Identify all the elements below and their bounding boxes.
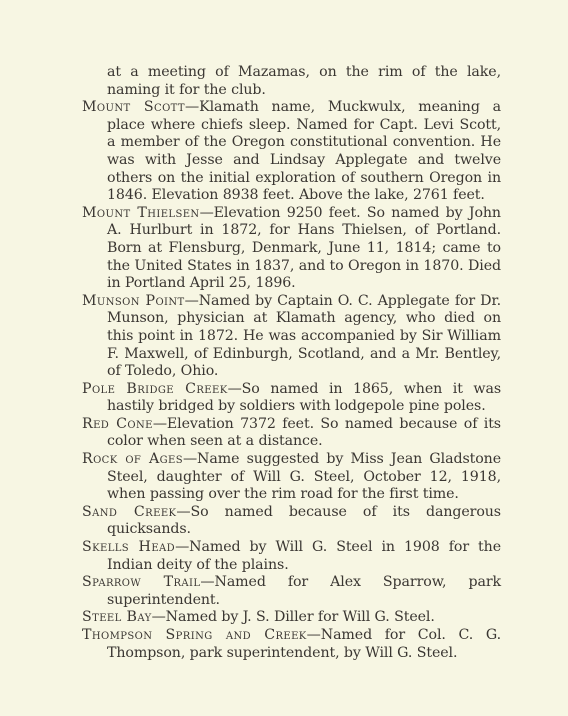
entry-term: Red Cone (82, 416, 153, 432)
entry-text: —Elevation 7372 feet. So named because o… (107, 416, 501, 450)
entry-term: Thompson Spring and Creek (82, 627, 307, 643)
entry-rock-of-ages: Rock of Ages—Name suggested by Miss Jean… (82, 451, 501, 504)
entry-term: Munson Point (82, 293, 185, 309)
entry-term: Mount Scott (82, 99, 185, 115)
gazetteer-text: at a meeting of Mazamas, on the rim of t… (82, 64, 501, 662)
entry-steel-bay: Steel Bay—Named by J. S. Diller for Will… (82, 609, 501, 627)
entry-red-cone: Red Cone—Elevation 7372 feet. So named b… (82, 416, 501, 451)
entry-sparrow-trail: Sparrow Trail—Named for Alex Sparrow, pa… (82, 574, 501, 609)
entry-term: Mount Thielsen (82, 205, 200, 221)
entry-thompson-spring-and-creek: Thompson Spring and Creek—Named for Col.… (82, 627, 501, 662)
entry-mount-scott: Mount Scott—Klamath name, Muckwulx, mean… (82, 99, 501, 205)
entry-text: —Named by J. S. Diller for Will G. Steel… (152, 609, 435, 625)
entry-pole-bridge-creek: Pole Bridge Creek—So named in 1865, when… (82, 381, 501, 416)
entry-munson-point: Munson Point—Named by Captain O. C. Appl… (82, 293, 501, 381)
entry-skells-head: Skells Head—Named by Will G. Steel in 19… (82, 539, 501, 574)
entry-term: Steel Bay (82, 609, 152, 625)
continued-paragraph: at a meeting of Mazamas, on the rim of t… (82, 64, 501, 99)
document-page: at a meeting of Mazamas, on the rim of t… (0, 0, 568, 716)
entry-term: Pole Bridge Creek (82, 381, 228, 397)
entry-sand-creek: Sand Creek—So named because of its dange… (82, 504, 501, 539)
entry-term: Sand Creek (82, 504, 176, 520)
entry-term: Rock of Ages (82, 451, 183, 467)
entry-term: Skells Head (82, 539, 175, 555)
entry-mount-thielsen: Mount Thielsen—Elevation 9250 feet. So n… (82, 205, 501, 293)
entry-term: Sparrow Trail (82, 574, 200, 590)
